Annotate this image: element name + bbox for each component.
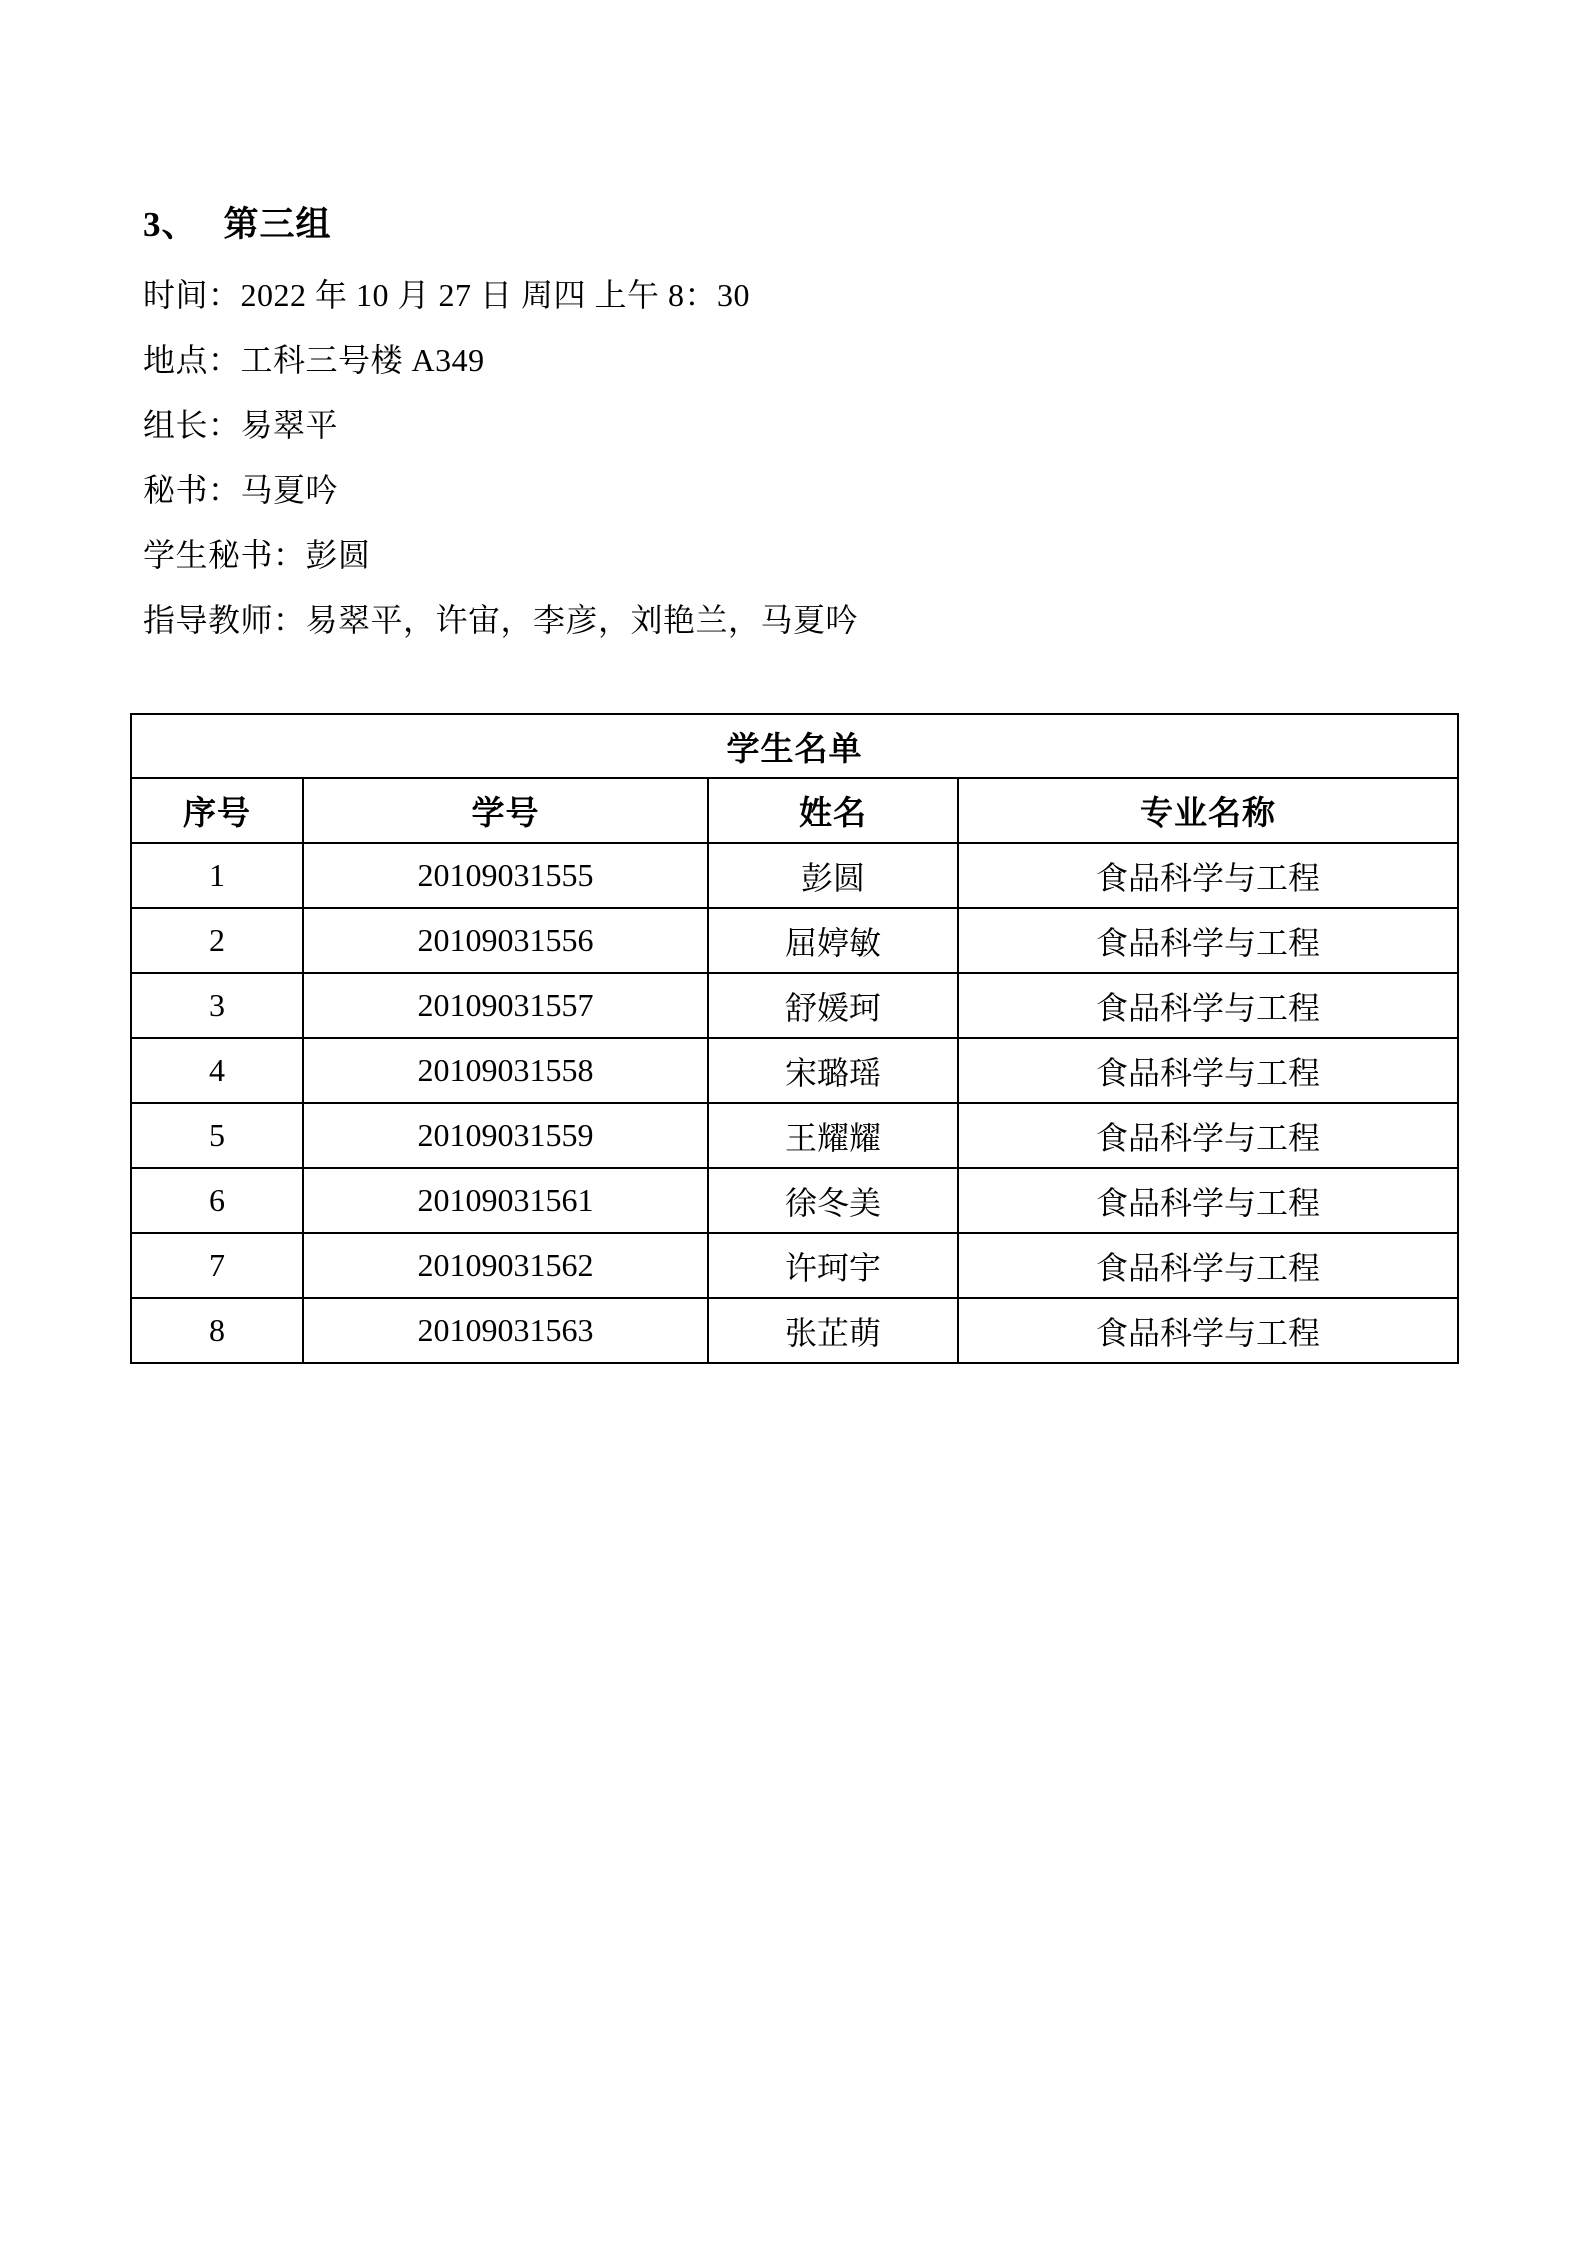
cell-major: 食品科学与工程 xyxy=(958,1168,1458,1233)
cell-student-id: 20109031561 xyxy=(303,1168,708,1233)
cell-student-id: 20109031557 xyxy=(303,973,708,1038)
col-header-major: 专业名称 xyxy=(958,778,1458,843)
student-table: 学生名单 序号 学号 姓名 专业名称 1 20109031555 彭圆 食品科学… xyxy=(130,713,1459,1364)
info-line-leader: 组长：易翠平 xyxy=(143,409,1467,442)
col-header-name: 姓名 xyxy=(708,778,958,843)
cell-name: 王耀耀 xyxy=(708,1103,958,1168)
cell-no: 2 xyxy=(131,908,303,973)
cell-name: 彭圆 xyxy=(708,843,958,908)
cell-student-id: 20109031555 xyxy=(303,843,708,908)
info-line-advisors: 指导教师：易翠平，许宙，李彦，刘艳兰，马夏吟 xyxy=(143,604,1467,637)
table-row: 2 20109031556 屈婷敏 食品科学与工程 xyxy=(131,908,1458,973)
cell-major: 食品科学与工程 xyxy=(958,1103,1458,1168)
cell-name: 屈婷敏 xyxy=(708,908,958,973)
cell-student-id: 20109031562 xyxy=(303,1233,708,1298)
cell-name: 许珂宇 xyxy=(708,1233,958,1298)
col-header-student-id: 学号 xyxy=(303,778,708,843)
table-title: 学生名单 xyxy=(131,714,1458,778)
col-header-no: 序号 xyxy=(131,778,303,843)
cell-student-id: 20109031558 xyxy=(303,1038,708,1103)
table-row: 4 20109031558 宋璐瑶 食品科学与工程 xyxy=(131,1038,1458,1103)
cell-name: 徐冬美 xyxy=(708,1168,958,1233)
cell-student-id: 20109031556 xyxy=(303,908,708,973)
cell-no: 3 xyxy=(131,973,303,1038)
document-content: 3、第三组 时间：2022 年 10 月 27 日 周四 上午 8：30 地点：… xyxy=(0,0,1587,1364)
cell-major: 食品科学与工程 xyxy=(958,843,1458,908)
section-number: 3、 xyxy=(143,205,198,244)
cell-major: 食品科学与工程 xyxy=(958,908,1458,973)
cell-no: 8 xyxy=(131,1298,303,1363)
student-table-body: 1 20109031555 彭圆 食品科学与工程 2 20109031556 屈… xyxy=(131,843,1458,1363)
document-page: 3、第三组 时间：2022 年 10 月 27 日 周四 上午 8：30 地点：… xyxy=(0,0,1587,2245)
cell-major: 食品科学与工程 xyxy=(958,1233,1458,1298)
cell-name: 舒媛珂 xyxy=(708,973,958,1038)
cell-no: 5 xyxy=(131,1103,303,1168)
table-row: 5 20109031559 王耀耀 食品科学与工程 xyxy=(131,1103,1458,1168)
info-line-student-secretary: 学生秘书：彭圆 xyxy=(143,539,1467,572)
cell-no: 4 xyxy=(131,1038,303,1103)
table-row: 7 20109031562 许珂宇 食品科学与工程 xyxy=(131,1233,1458,1298)
info-line-time: 时间：2022 年 10 月 27 日 周四 上午 8：30 xyxy=(143,279,1467,312)
info-line-location: 地点：工科三号楼 A349 xyxy=(143,344,1467,377)
cell-major: 食品科学与工程 xyxy=(958,1038,1458,1103)
section-heading: 3、第三组 xyxy=(143,203,1467,247)
cell-no: 1 xyxy=(131,843,303,908)
table-title-row: 学生名单 xyxy=(131,714,1458,778)
cell-major: 食品科学与工程 xyxy=(958,973,1458,1038)
cell-no: 7 xyxy=(131,1233,303,1298)
cell-student-id: 20109031563 xyxy=(303,1298,708,1363)
cell-name: 张芷萌 xyxy=(708,1298,958,1363)
cell-name: 宋璐瑶 xyxy=(708,1038,958,1103)
info-line-secretary: 秘书：马夏吟 xyxy=(143,474,1467,507)
table-header-row: 序号 学号 姓名 专业名称 xyxy=(131,778,1458,843)
section-title: 第三组 xyxy=(224,205,332,244)
cell-no: 6 xyxy=(131,1168,303,1233)
table-row: 1 20109031555 彭圆 食品科学与工程 xyxy=(131,843,1458,908)
cell-student-id: 20109031559 xyxy=(303,1103,708,1168)
table-row: 6 20109031561 徐冬美 食品科学与工程 xyxy=(131,1168,1458,1233)
table-row: 3 20109031557 舒媛珂 食品科学与工程 xyxy=(131,973,1458,1038)
table-row: 8 20109031563 张芷萌 食品科学与工程 xyxy=(131,1298,1458,1363)
cell-major: 食品科学与工程 xyxy=(958,1298,1458,1363)
